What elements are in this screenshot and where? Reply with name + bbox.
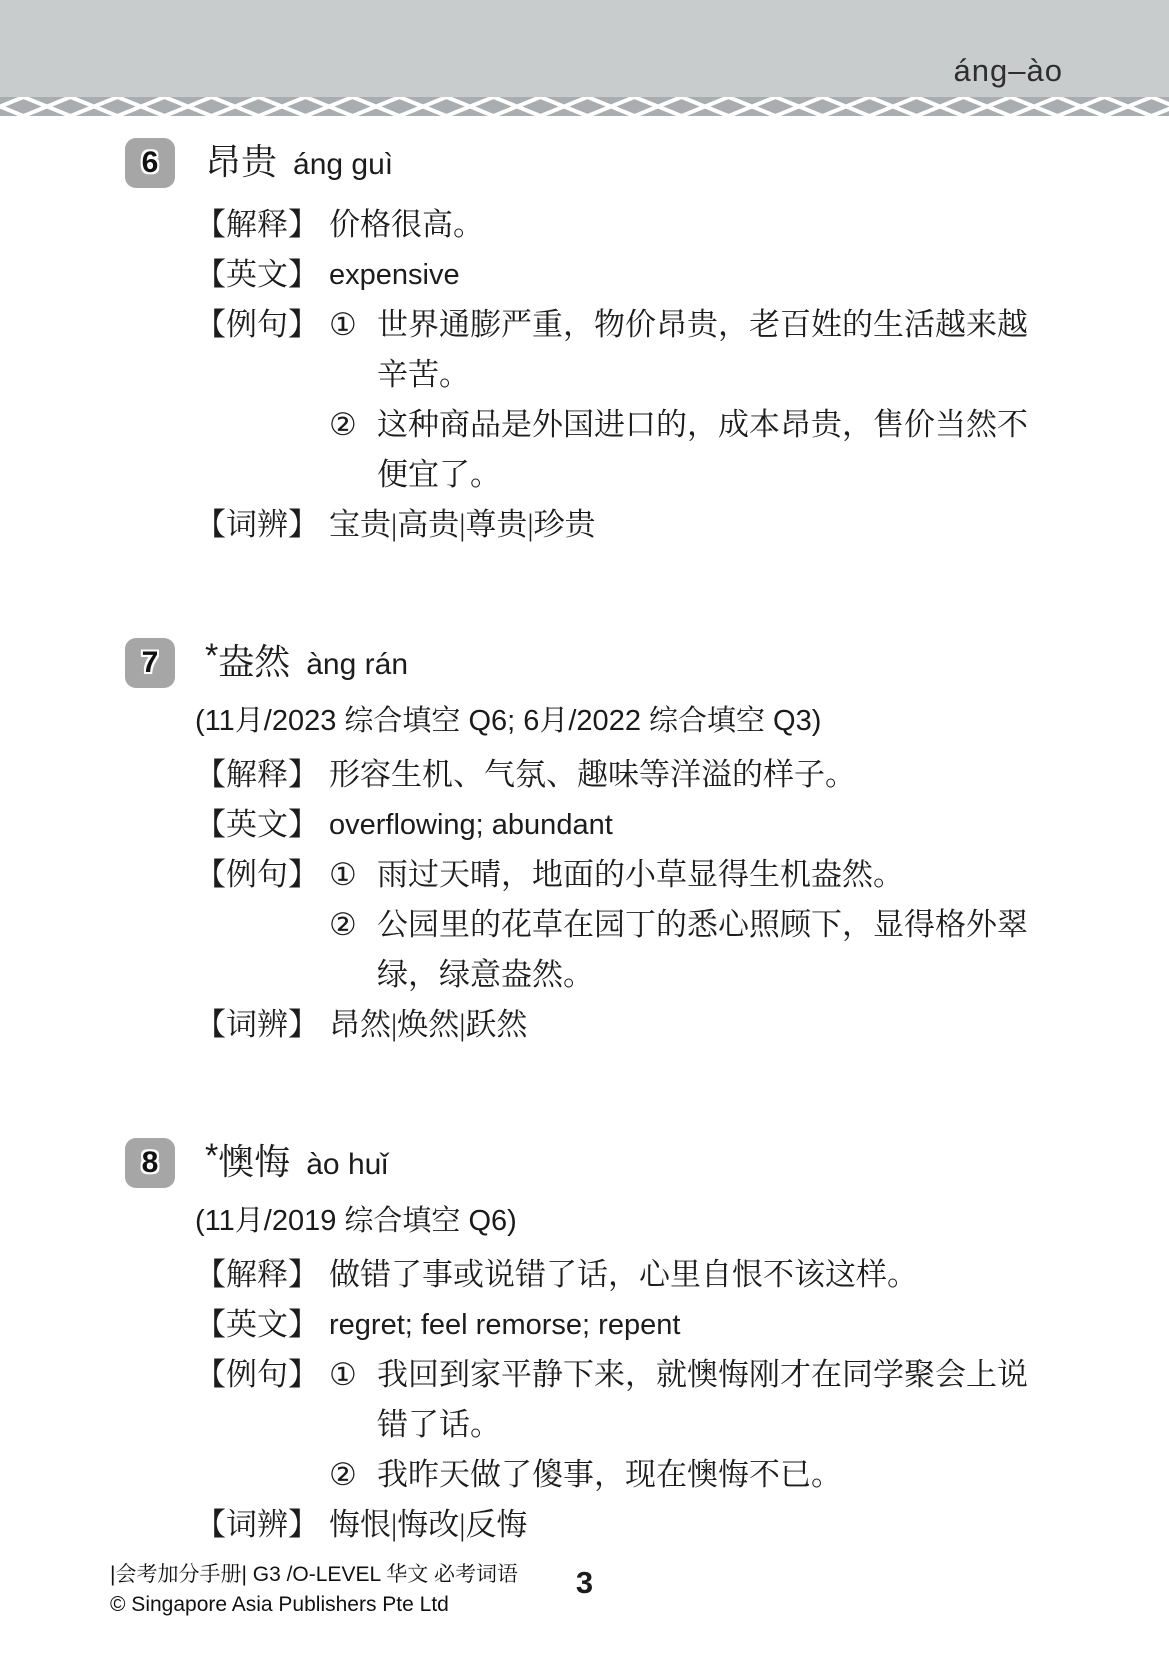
explain-row: 【解释】 价格很高。	[125, 200, 1129, 250]
example-text: 雨过天晴，地面的小草显得生机盎然。	[377, 850, 1042, 900]
english-row: 【英文】 expensive	[125, 250, 1129, 300]
example-number: ①	[329, 1350, 377, 1450]
english-text: expensive	[329, 250, 1129, 300]
example-text: 这种商品是外国进口的，成本昂贵，售价当然不便宜了。	[377, 400, 1042, 500]
example-label: 【例句】	[195, 1350, 319, 1500]
example-list: ① 雨过天晴，地面的小草显得生机盎然。 ② 公园里的花草在园丁的悉心照顾下，显得…	[329, 850, 1129, 1000]
compare-label: 【词辨】	[195, 1500, 319, 1550]
english-text: regret; feel remorse; repent	[329, 1300, 1129, 1350]
example-row: 【例句】 ① 我回到家平静下来，就懊悔刚才在同学聚会上说错了话。 ② 我昨天做了…	[125, 1350, 1129, 1500]
compare-text: 宝贵|高贵|尊贵|珍贵	[329, 500, 1129, 550]
example-number: ②	[329, 400, 377, 500]
explain-text: 价格很高。	[329, 200, 1129, 250]
example-text: 我昨天做了傻事，现在懊悔不已。	[377, 1450, 1042, 1500]
exam-star-marker: *	[205, 631, 218, 681]
compare-label: 【词辨】	[195, 1000, 319, 1050]
explain-label: 【解释】	[195, 200, 319, 250]
entry-number-badge: 8	[125, 1138, 175, 1188]
example-item: ② 公园里的花草在园丁的悉心照顾下，显得格外翠绿，绿意盎然。	[329, 900, 1129, 1000]
lattice-border	[0, 97, 1169, 116]
entry-anggui: 6 昂贵áng guì 【解释】 价格很高。 【英文】 expensive 【例…	[125, 138, 1129, 550]
english-text: overflowing; abundant	[329, 800, 1129, 850]
example-item: ② 我昨天做了傻事，现在懊悔不已。	[329, 1450, 1129, 1500]
example-label: 【例句】	[195, 300, 319, 500]
example-text: 世界通膨严重，物价昂贵，老百姓的生活越来越辛苦。	[377, 300, 1042, 400]
entries-area: 6 昂贵áng guì 【解释】 价格很高。 【英文】 expensive 【例…	[0, 116, 1169, 1550]
compare-text: 悔恨|悔改|反悔	[329, 1500, 1129, 1550]
example-text: 公园里的花草在园丁的悉心照顾下，显得格外翠绿，绿意盎然。	[377, 900, 1042, 1000]
example-item: ① 世界通膨严重，物价昂贵，老百姓的生活越来越辛苦。	[329, 300, 1129, 400]
explain-row: 【解释】 做错了事或说错了话，心里自恨不该这样。	[125, 1250, 1129, 1300]
explain-row: 【解释】 形容生机、气氛、趣味等洋溢的样子。	[125, 750, 1129, 800]
example-row: 【例句】 ① 雨过天晴，地面的小草显得生机盎然。 ② 公园里的花草在园丁的悉心照…	[125, 850, 1129, 1000]
example-list: ① 世界通膨严重，物价昂贵，老百姓的生活越来越辛苦。 ② 这种商品是外国进口的，…	[329, 300, 1129, 500]
dictionary-page: áng–ào 6 昂贵áng guì 【解释】 价格很高。 【英文】 expen…	[0, 0, 1169, 1657]
entry-number-badge: 7	[125, 638, 175, 688]
entry-number-badge: 6	[125, 138, 175, 188]
english-label: 【英文】	[195, 800, 319, 850]
example-number: ①	[329, 850, 377, 900]
example-number: ②	[329, 900, 377, 1000]
exam-source-line: (11月/2019 综合填空 Q6)	[125, 1200, 1129, 1242]
explain-text: 形容生机、气氛、趣味等洋溢的样子。	[329, 750, 1129, 800]
compare-label: 【词辨】	[195, 500, 319, 550]
english-label: 【英文】	[195, 250, 319, 300]
exam-star-marker: *	[205, 1131, 218, 1181]
example-text: 我回到家平静下来，就懊悔刚才在同学聚会上说错了话。	[377, 1350, 1042, 1450]
entry-angran: 7 *盎然àng rán (11月/2023 综合填空 Q6; 6月/2022 …	[125, 638, 1129, 1050]
pinyin: áng guì	[293, 148, 393, 181]
example-item: ① 我回到家平静下来，就懊悔刚才在同学聚会上说错了话。	[329, 1350, 1129, 1450]
example-label: 【例句】	[195, 850, 319, 1000]
compare-text: 昂然|焕然|跃然	[329, 1000, 1129, 1050]
explain-label: 【解释】	[195, 1250, 319, 1300]
page-number: 3	[0, 1565, 1169, 1601]
headword: 盎然	[218, 642, 290, 682]
entry-title: *懊悔ào huǐ	[205, 1137, 388, 1190]
example-row: 【例句】 ① 世界通膨严重，物价昂贵，老百姓的生活越来越辛苦。 ② 这种商品是外…	[125, 300, 1129, 500]
pinyin: àng rán	[306, 648, 408, 681]
pinyin: ào huǐ	[306, 1148, 388, 1181]
compare-row: 【词辨】 悔恨|悔改|反悔	[125, 1500, 1129, 1550]
entry-header: 6 昂贵áng guì	[125, 138, 1129, 188]
explain-text: 做错了事或说错了话，心里自恨不该这样。	[329, 1250, 1129, 1300]
exam-source-line: (11月/2023 综合填空 Q6; 6月/2022 综合填空 Q3)	[125, 700, 1129, 742]
example-number: ①	[329, 300, 377, 400]
compare-row: 【词辨】 宝贵|高贵|尊贵|珍贵	[125, 500, 1129, 550]
entry-header: 8 *懊悔ào huǐ	[125, 1138, 1129, 1188]
example-item: ② 这种商品是外国进口的，成本昂贵，售价当然不便宜了。	[329, 400, 1129, 500]
headword: 昂贵	[205, 142, 277, 182]
entry-title: *盎然àng rán	[205, 637, 408, 690]
headword: 懊悔	[218, 1142, 290, 1182]
english-row: 【英文】 overflowing; abundant	[125, 800, 1129, 850]
example-list: ① 我回到家平静下来，就懊悔刚才在同学聚会上说错了话。 ② 我昨天做了傻事，现在…	[329, 1350, 1129, 1500]
header-range-label: áng–ào	[954, 53, 1063, 89]
example-item: ① 雨过天晴，地面的小草显得生机盎然。	[329, 850, 1129, 900]
entry-header: 7 *盎然àng rán	[125, 638, 1129, 688]
example-number: ②	[329, 1450, 377, 1500]
explain-label: 【解释】	[195, 750, 319, 800]
entry-aohui: 8 *懊悔ào huǐ (11月/2019 综合填空 Q6) 【解释】 做错了事…	[125, 1138, 1129, 1550]
english-label: 【英文】	[195, 1300, 319, 1350]
compare-row: 【词辨】 昂然|焕然|跃然	[125, 1000, 1129, 1050]
english-row: 【英文】 regret; feel remorse; repent	[125, 1300, 1129, 1350]
entry-title: 昂贵áng guì	[205, 137, 393, 190]
page-header: áng–ào	[0, 0, 1169, 97]
